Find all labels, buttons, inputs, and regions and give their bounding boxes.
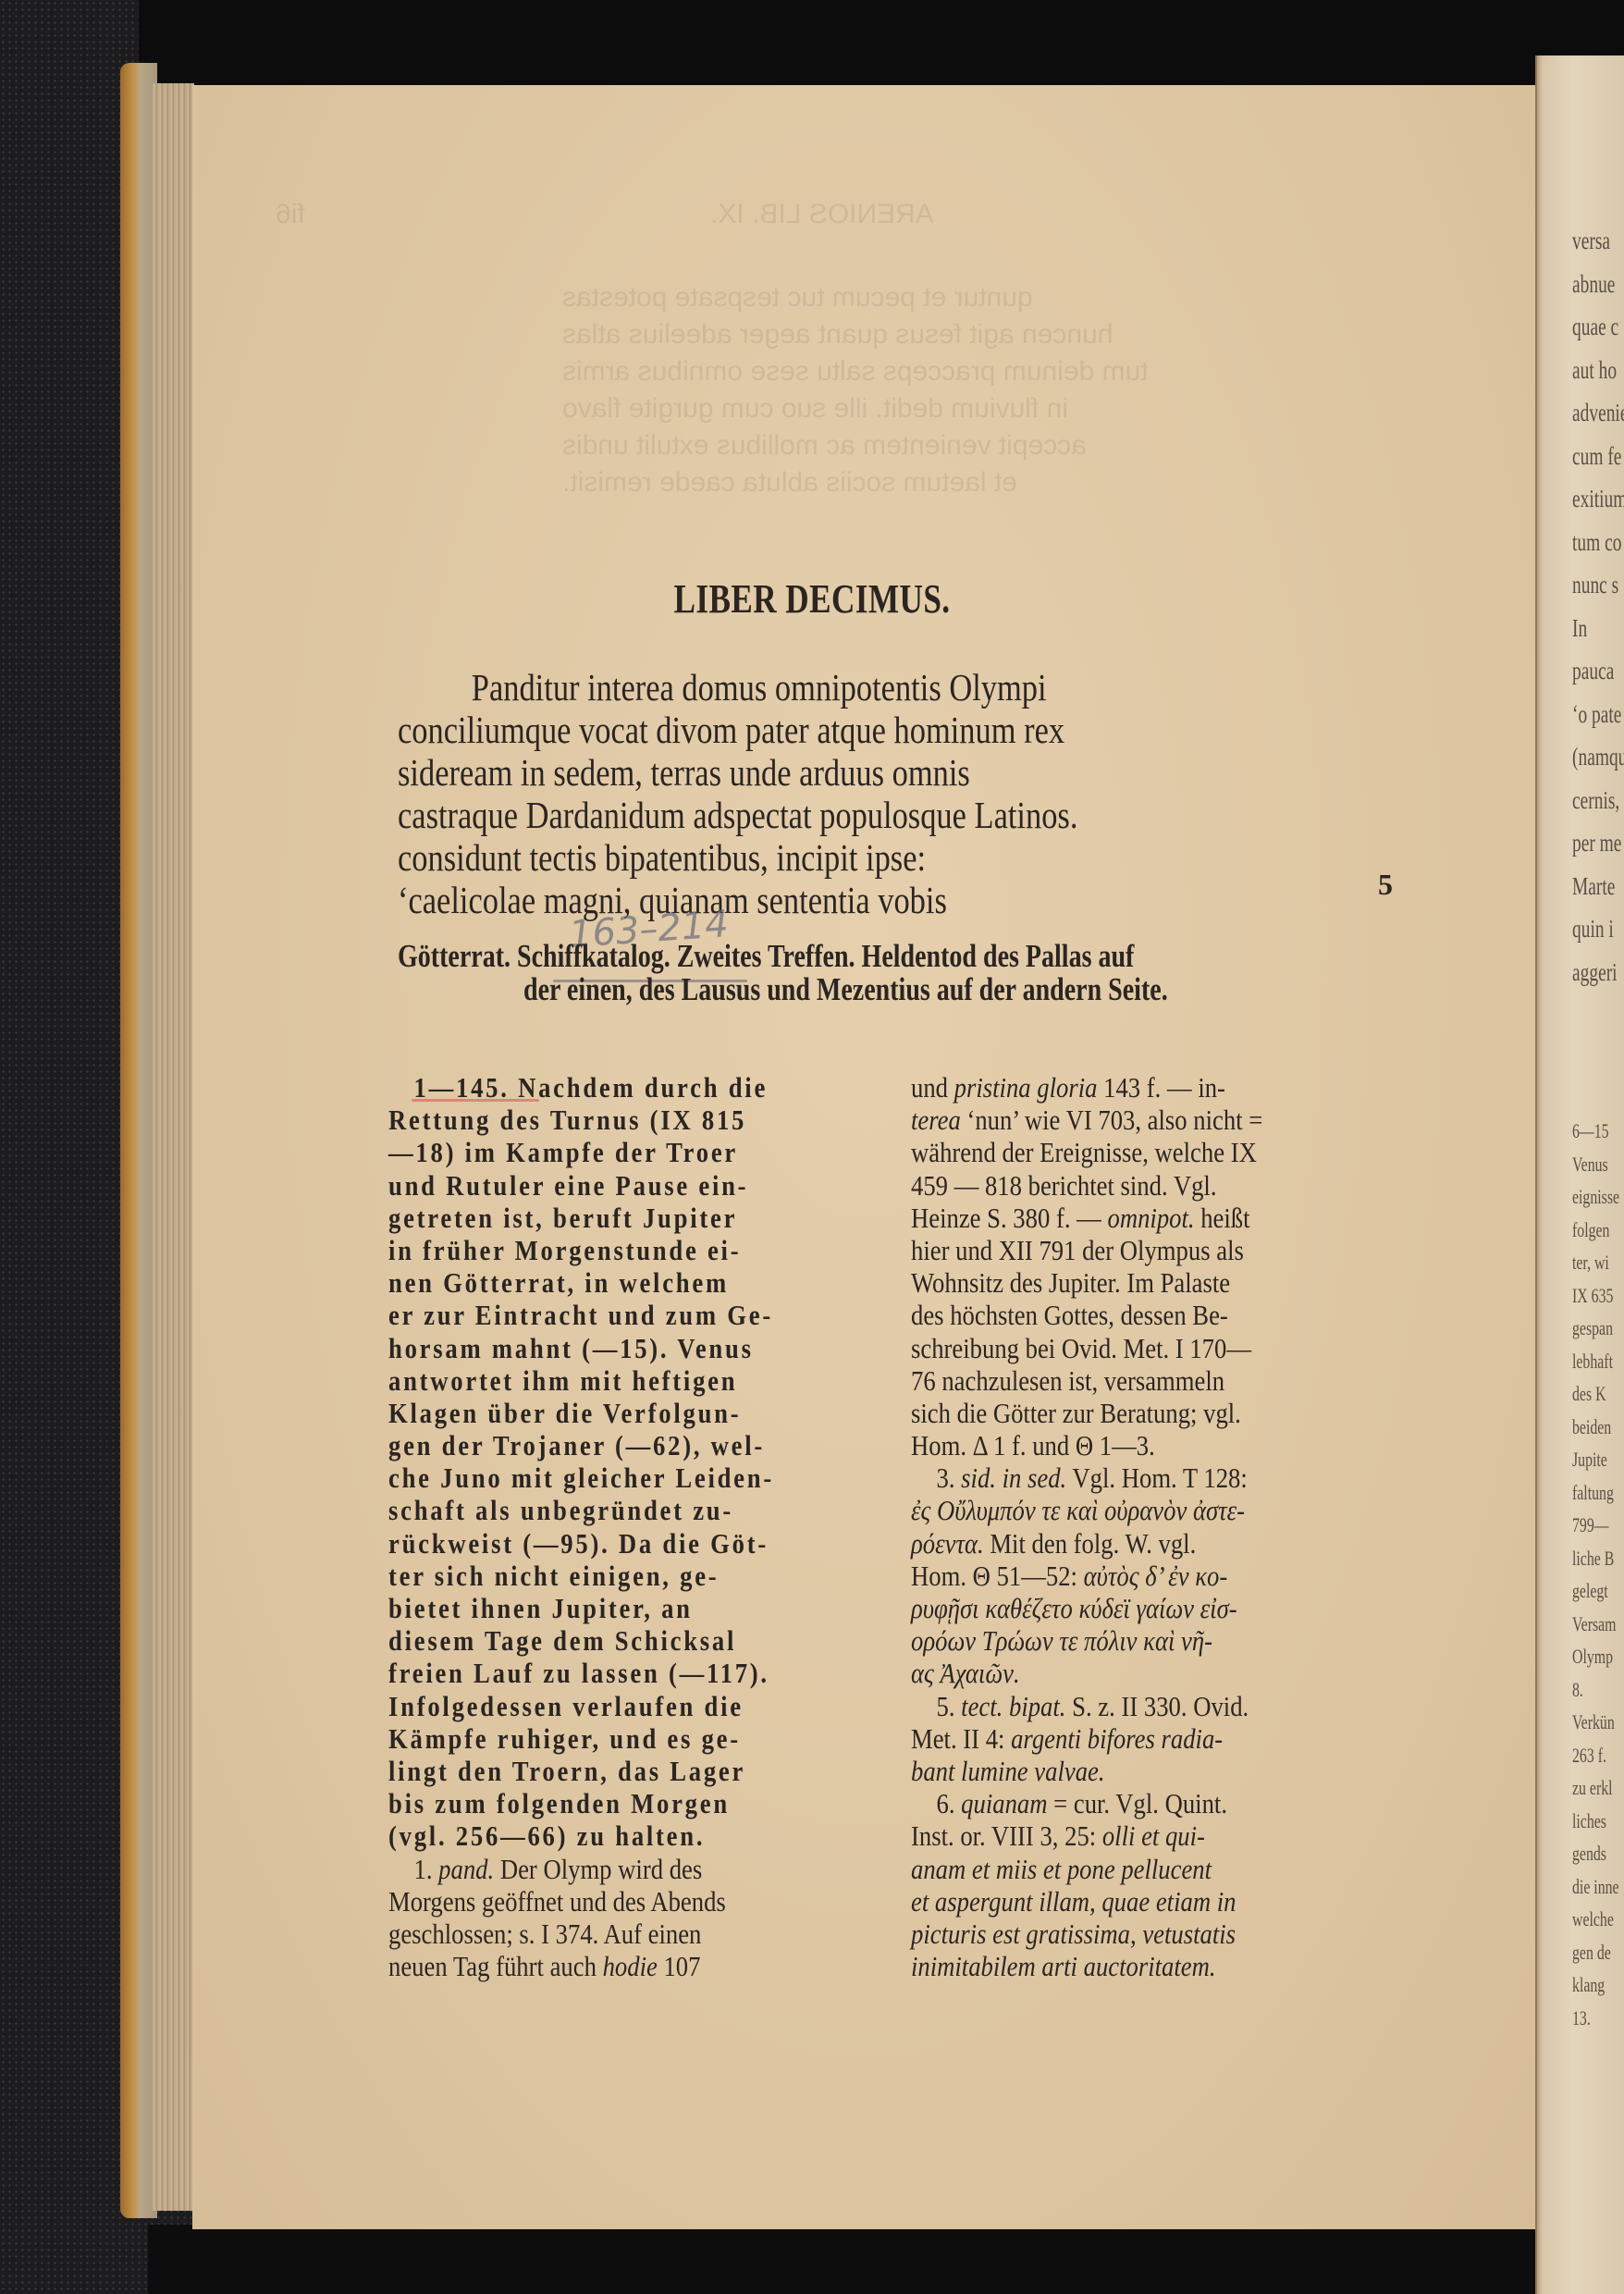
commentary-line: terea ‘nun’ wie VI 703, also nicht = [911, 1104, 1345, 1136]
commentary-text: 6. [937, 1787, 962, 1819]
italic-lemma: tect. bipat. [961, 1690, 1065, 1722]
commentary-text: Inst. or. VIII 3, 25: [911, 1819, 1102, 1852]
commentary-line: anam et miis et pone pellucent [911, 1853, 1345, 1885]
commentary-line: Morgens geöffnet und des Abends [388, 1885, 830, 1918]
commentary-line: ας Ἀχαιῶν. [911, 1657, 1345, 1689]
facing-commentary-fragment: faltung [1572, 1481, 1614, 1505]
commentary-line: 1. pand. Der Olymp wird des [388, 1853, 830, 1885]
facing-commentary-fragment: ter, wi [1572, 1251, 1609, 1275]
commentary-line: ἐς Οὔλυμπόν τε καὶ οὐρανὸν ἀστε- [911, 1494, 1345, 1526]
facing-commentary-fragment: Jupite [1572, 1448, 1607, 1472]
commentary-text: Der Olymp wird des [494, 1853, 702, 1885]
commentary-line: Rettung des Turnus (IX 815 [388, 1104, 830, 1136]
commentary-line: in früher Morgenstunde ei- [388, 1234, 830, 1266]
facing-verse-fragment: Marte [1572, 872, 1615, 901]
commentary-line: Kämpfe ruhiger, und es ge- [388, 1722, 830, 1755]
italic-lemma: olli et qui- [1102, 1819, 1205, 1852]
commentary-text: 107 [658, 1950, 701, 1982]
facing-commentary-fragment: welche [1572, 1907, 1614, 1931]
commentary-line: er zur Eintracht und zum Ge- [388, 1299, 830, 1331]
italic-lemma: sid. in sed. [961, 1461, 1066, 1494]
commentary-line: ter sich nicht einigen, ge- [388, 1560, 830, 1592]
commentary-line: freien Lauf zu lassen (—117). [388, 1657, 830, 1689]
commentary-text: Hom. Δ 1 f. und Θ 1—3. [911, 1429, 1155, 1461]
italic-lemma: bant lumine valvae. [911, 1755, 1105, 1787]
facing-commentary-fragment: eignisse [1572, 1185, 1619, 1209]
commentary-text: Wohnsitz des Jupiter. Im Palaste [911, 1266, 1230, 1299]
commentary-line: bietet ihnen Jupiter, an [388, 1592, 830, 1624]
commentary-text: des höchsten Gottes, dessen Be- [911, 1299, 1228, 1331]
italic-lemma: et aspergunt illam, quae etiam in [911, 1885, 1236, 1918]
facing-commentary-fragment: beiden [1572, 1415, 1611, 1439]
page-stack-edge [153, 83, 194, 2211]
background-shadow-bottom [148, 2225, 1624, 2294]
show-through-line: ARENIOS LIB. IX. [710, 196, 934, 233]
commentary-line: Hom. Δ 1 f. und Θ 1—3. [911, 1429, 1345, 1461]
italic-lemma: pand. [438, 1853, 494, 1885]
facing-verse-fragment: aut ho [1572, 356, 1617, 385]
facing-commentary-fragment: 799— [1572, 1513, 1609, 1537]
commentary-line: horsam mahnt (—15). Venus [388, 1332, 830, 1364]
verse-line: Panditur interea domus omnipotentis Olym… [398, 666, 1252, 709]
facing-verse-fragment: pauca [1572, 657, 1614, 685]
facing-commentary-fragment: folgen [1572, 1218, 1609, 1242]
commentary-line: schaft als unbegründet zu- [388, 1494, 830, 1526]
commentary-line: Met. II 4: argenti bifores radia- [911, 1722, 1345, 1755]
commentary-line: ρυφῇσι καθέζετο κύδεϊ γαίων εἰσ- [911, 1592, 1345, 1624]
latin-verse-block: Panditur interea domus omnipotentis Olym… [398, 666, 1415, 921]
commentary-line: des höchsten Gottes, dessen Be- [911, 1299, 1345, 1331]
facing-verse-fragment: versa [1572, 227, 1610, 255]
commentary-line: ρόεντα. Mit den folg. W. vgl. [911, 1527, 1345, 1560]
facing-commentary-fragment: 8. [1572, 1678, 1583, 1702]
facing-verse-fragment: abnue [1572, 270, 1615, 299]
italic-lemma: argenti bifores radia- [1011, 1722, 1223, 1755]
commentary-line: 3. sid. in sed. Vgl. Hom. T 128: [911, 1461, 1345, 1494]
commentary-line: Hom. Θ 51—52: αὐτὸς δ’ ἐν κο- [911, 1560, 1345, 1592]
show-through-line: tum deinum pracceps saltu sese omnibus a… [562, 353, 1149, 390]
show-through-line: et laetum sociis abluta caede remisit. [562, 464, 1017, 501]
facing-verse-fragment: exitium [1572, 485, 1624, 513]
facing-commentary-fragment: klang [1572, 1973, 1605, 1997]
commentary-line: neuen Tag führt auch hodie 107 [388, 1950, 830, 1982]
verse-line: sideream in sedem, terras unde arduus om… [398, 751, 1252, 794]
show-through-line: huncen agit fesus quant aeger adeelius a… [562, 316, 1113, 353]
italic-lemma: ρόεντα. [911, 1527, 984, 1560]
commentary-line: et aspergunt illam, quae etiam in [911, 1885, 1345, 1918]
facing-commentary-fragment: Verkün [1572, 1710, 1615, 1734]
commentary-line: diesem Tage dem Schicksal [388, 1624, 830, 1657]
facing-verse-fragment: per me [1572, 829, 1621, 857]
italic-lemma: ἐς Οὔλυμπόν τε καὶ οὐρανὸν ἀστε- [911, 1494, 1245, 1526]
commentary-text: während der Ereignisse, welche IX [911, 1136, 1257, 1168]
commentary-text: Morgens geöffnet und des Abends [388, 1885, 726, 1918]
show-through-line: quntur et pecum tuc tespsate potestas [562, 279, 1033, 316]
commentary-line: Infolgedessen verlaufen die [388, 1690, 830, 1722]
facing-verse-fragment: ‘o pate [1572, 700, 1621, 729]
italic-lemma: quianam [961, 1787, 1047, 1819]
commentary-line: Wohnsitz des Jupiter. Im Palaste [911, 1266, 1345, 1299]
italic-lemma: pristina gloria [954, 1071, 1098, 1104]
commentary-text: heißt [1195, 1202, 1250, 1234]
show-through-line: ﬁ6 [276, 196, 305, 233]
italic-lemma: picturis est gratissima, vetustatis [911, 1918, 1236, 1950]
commentary-text: und [911, 1071, 954, 1104]
italic-lemma: αὐτὸς δ’ ἐν κο- [1084, 1560, 1228, 1592]
commentary-line: (vgl. 256—66) zu halten. [388, 1819, 830, 1852]
facing-commentary-fragment: Olymp [1572, 1645, 1613, 1669]
commentary-line: und pristina gloria 143 f. — in- [911, 1071, 1345, 1104]
commentary-text: S. z. II 330. Ovid. [1065, 1690, 1249, 1722]
facing-commentary-fragment: 13. [1572, 2006, 1591, 2030]
facing-verse-fragment: cernis, [1572, 786, 1619, 815]
facing-verse-fragment: quae c [1572, 313, 1618, 341]
show-through-line: accepit venientem ac mollibus extulit un… [562, 427, 1087, 464]
facing-commentary-fragment: gespan [1572, 1316, 1613, 1340]
facing-verse-fragment: aggeri [1572, 958, 1618, 987]
commentary-line: —18) im Kampfe der Troer [388, 1136, 830, 1168]
facing-verse-fragment: advenie [1572, 399, 1624, 427]
verse-line: conciliumque vocat divom pater atque hom… [398, 709, 1252, 751]
facing-commentary-fragment: IX 635 [1572, 1284, 1613, 1308]
commentary-text: ‘nun’ wie VI 703, also nicht = [961, 1104, 1263, 1136]
commentary-text: 5. [937, 1690, 962, 1722]
facing-commentary-fragment: 6—15 [1572, 1119, 1609, 1143]
commentary-line: 459 — 818 berichtet sind. Vgl. [911, 1169, 1345, 1202]
facing-commentary-fragment: 263 f. [1572, 1744, 1606, 1768]
background-shadow-top [139, 0, 1624, 88]
commentary-text: neuen Tag führt auch [388, 1950, 603, 1982]
commentary-text: 1. [414, 1853, 439, 1885]
commentary-text: hier und XII 791 der Olympus als [911, 1234, 1244, 1266]
facing-commentary-fragment: lebhaft [1572, 1350, 1613, 1374]
facing-commentary-fragment: liche B [1572, 1547, 1614, 1571]
commentary-line: antwortet ihm mit heftigen [388, 1364, 830, 1397]
commentary-text: Met. II 4: [911, 1722, 1011, 1755]
italic-lemma: terea [911, 1104, 961, 1136]
facing-verse-fragment: (namqu [1572, 743, 1624, 771]
commentary-line: sich die Götter zur Beratung; vgl. [911, 1397, 1345, 1429]
commentary-line: schreibung bei Ovid. Met. I 170— [911, 1332, 1345, 1364]
facing-verse-fragment: tum co [1572, 528, 1621, 557]
commentary-line: nen Götterrat, in welchem [388, 1266, 830, 1299]
commentary-line: hier und XII 791 der Olympus als [911, 1234, 1345, 1266]
book-title: LIBER DECIMUS. [163, 575, 1462, 623]
verse-line: ‘caelicolae magni, quianam sententia vob… [398, 879, 1252, 921]
commentary-text: Heinze S. 380 f. — [911, 1202, 1108, 1234]
facing-commentary-fragment: des K [1572, 1382, 1606, 1406]
commentary-line: rückweist (—95). Da die Göt- [388, 1527, 830, 1560]
commentary-line: während der Ereignisse, welche IX [911, 1136, 1345, 1168]
commentary-line: Inst. or. VIII 3, 25: olli et qui- [911, 1819, 1345, 1852]
commentary-line: inimitabilem arti auctoritatem. [911, 1950, 1345, 1982]
verse-line: considunt tectis bipatentibus, incipit i… [398, 836, 1252, 879]
italic-lemma: anam et miis et pone pellucent [911, 1853, 1212, 1885]
commentary-line: che Juno mit gleicher Leiden- [388, 1461, 830, 1494]
commentary-text: Mit den folg. W. vgl. [984, 1527, 1197, 1560]
facing-verse-fragment: nunc s [1572, 571, 1618, 599]
commentary-text: geschlossen; s. I 374. Auf einen [388, 1918, 701, 1950]
facing-verse-fragment: In [1572, 614, 1587, 643]
facing-commentary-fragment: Versam [1572, 1612, 1617, 1636]
facing-commentary-fragment: die inne [1572, 1875, 1619, 1899]
commentary-text: sich die Götter zur Beratung; vgl. [911, 1397, 1241, 1429]
commentary-line: 6. quianam = cur. Vgl. Quint. [911, 1787, 1345, 1819]
argument-line: Götterrat. Schiffkatalog. Zweites Treffe… [398, 940, 1219, 973]
commentary-line: getreten ist, beruft Jupiter [388, 1202, 830, 1234]
commentary-line: bant lumine valvae. [911, 1755, 1345, 1787]
commentary-text: 143 f. — in- [1097, 1071, 1224, 1104]
facing-commentary-fragment: liches [1572, 1809, 1606, 1833]
italic-lemma: ρυφῇσι καθέζετο κύδεϊ γαίων εἰσ- [911, 1592, 1237, 1624]
facing-commentary-fragment: gen de [1572, 1941, 1611, 1965]
argument-line: der einen, des Lausus und Mezentius auf … [398, 973, 1219, 1006]
commentary-text: 459 — 818 berichtet sind. Vgl. [911, 1169, 1217, 1202]
facing-verse-fragment: quin i [1572, 915, 1614, 943]
commentary-line: Heinze S. 380 f. — omnipot. heißt [911, 1202, 1345, 1234]
italic-lemma: hodie [603, 1950, 658, 1982]
commentary-line: 1—145. Nachdem durch die [388, 1071, 830, 1104]
facing-commentary-fragment: Venus [1572, 1153, 1608, 1177]
facing-page-edge: versaabnuequae caut hoadveniecum feexiti… [1535, 55, 1624, 2294]
show-through-line: in fluvium dedit. ille suo cum gurgite f… [562, 390, 1068, 427]
commentary-line: ορόων Τρώων τε πόλιν καὶ νῆ- [911, 1624, 1345, 1657]
facing-verse-fragment: cum fe [1572, 442, 1621, 471]
facing-commentary-fragment: gelegt [1572, 1579, 1608, 1603]
italic-lemma: inimitabilem arti auctoritatem. [911, 1950, 1216, 1982]
verse-number: 5 [1378, 868, 1393, 902]
commentary-line: 76 nachzulesen ist, versammeln [911, 1364, 1345, 1397]
commentary-right-column: und pristina gloria 143 f. — in-terea ‘n… [911, 1071, 1415, 1982]
facing-commentary-fragment: zu erkl [1572, 1776, 1613, 1800]
commentary-text: Hom. Θ 51—52: [911, 1560, 1084, 1592]
commentary-text: = cur. Vgl. Quint. [1047, 1787, 1227, 1819]
commentary-line: Klagen über die Verfolgun- [388, 1397, 830, 1429]
commentary-line: und Rutuler eine Pause ein- [388, 1169, 830, 1202]
commentary-line: 5. tect. bipat. S. z. II 330. Ovid. [911, 1690, 1345, 1722]
commentary-line: picturis est gratissima, vetustatis [911, 1918, 1345, 1950]
commentary-line: lingt den Troern, das Lager [388, 1755, 830, 1787]
italic-lemma: ας Ἀχαιῶν. [911, 1657, 1020, 1689]
chapter-argument: Götterrat. Schiffkatalog. Zweites Treffe… [398, 940, 1424, 1006]
commentary-left-column: 1—145. Nachdem durch dieRettung des Turn… [388, 1071, 902, 1982]
commentary-text: 76 nachzulesen ist, versammeln [911, 1364, 1224, 1397]
italic-lemma: omnipot. [1108, 1202, 1195, 1234]
commentary-text: Vgl. Hom. T 128: [1066, 1461, 1248, 1494]
italic-lemma: ορόων Τρώων τε πόλιν καὶ νῆ- [911, 1624, 1212, 1657]
verse-line: castraque Dardanidum adspectat populosqu… [398, 794, 1252, 836]
commentary-line: gen der Trojaner (—62), wel- [388, 1429, 830, 1461]
facing-commentary-fragment: gends [1572, 1842, 1606, 1866]
commentary-text: 3. [937, 1461, 962, 1494]
commentary-text: schreibung bei Ovid. Met. I 170— [911, 1332, 1251, 1364]
commentary-line: geschlossen; s. I 374. Auf einen [388, 1918, 830, 1950]
commentary-line: bis zum folgenden Morgen [388, 1787, 830, 1819]
book-cover-spine [120, 63, 157, 2218]
